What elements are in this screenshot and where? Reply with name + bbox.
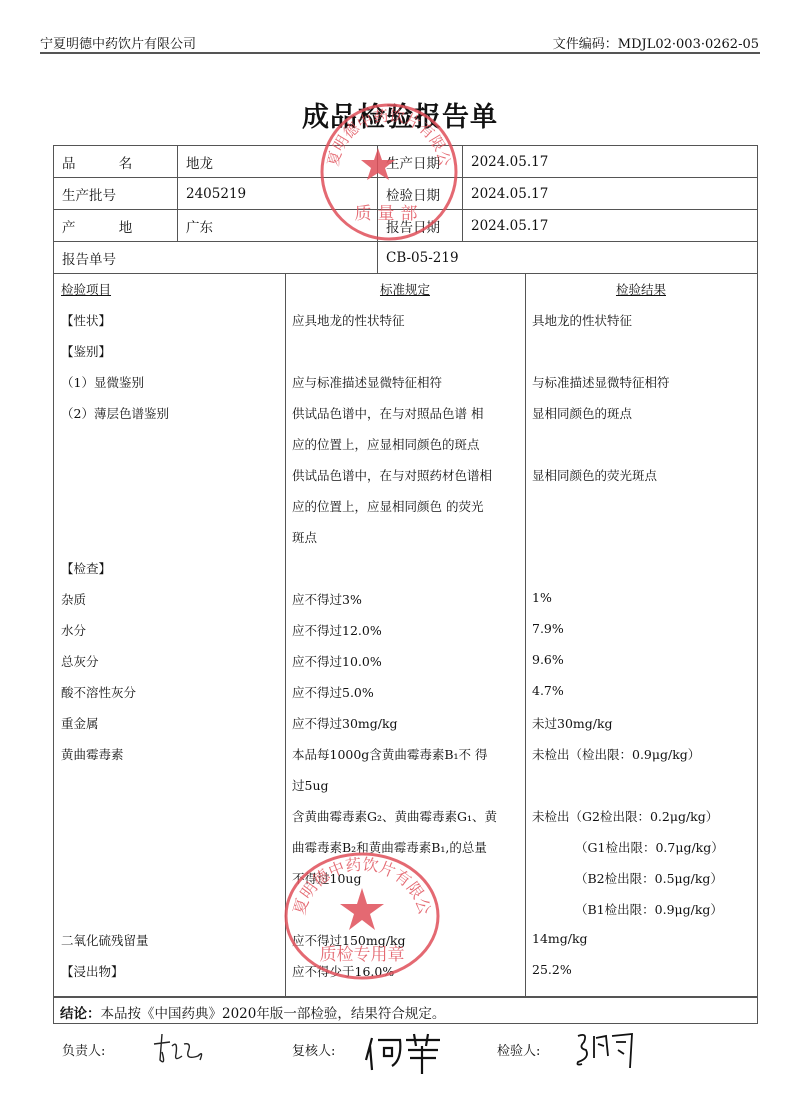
row-item: 总灰分 xyxy=(61,652,99,670)
table-row: 曲霉毒素B₂和黄曲霉毒素B₁,的总量（G1检出限：0.7μg/kg） xyxy=(54,831,757,862)
table-row: 总灰分应不得过10.0%9.6% xyxy=(54,645,757,676)
row-standard: 供试品色谱中，在与对照品色谱 相 xyxy=(292,404,483,422)
table-row: 应的位置上，应显相同颜色 的荧光 xyxy=(54,490,757,521)
row-result: 未过30mg/kg xyxy=(532,714,613,732)
header-rule xyxy=(40,52,760,54)
row-result: 显相同颜色的斑点 xyxy=(532,404,632,422)
label-origin-text: 产地 xyxy=(62,220,132,236)
header-item: 检验项目 xyxy=(61,280,111,298)
row-item: 【鉴别】 xyxy=(61,342,111,360)
row-item: 水分 xyxy=(61,621,86,639)
table-row: 重金属应不得过30mg/kg未过30mg/kg xyxy=(54,707,757,738)
conclusion-text: 本品按《中国药典》2020年版一部检验，结果符合规定。 xyxy=(101,1006,446,1022)
row-standard: 应不得过30mg/kg xyxy=(292,714,398,732)
row-standard: 应的位置上，应显相同颜色 的荧光 xyxy=(292,497,483,515)
reviewer-label: 复核人: xyxy=(292,1040,335,1059)
label-batch: 生产批号 xyxy=(54,178,178,210)
info-row-origin: 产地 广东 报告日期 2024.05.17 xyxy=(54,210,758,242)
reviewer-signature xyxy=(362,1030,442,1075)
responsible-signature xyxy=(148,1030,208,1070)
row-item: 【检查】 xyxy=(61,559,111,577)
row-standard: 曲霉毒素B₂和黄曲霉毒素B₁,的总量 xyxy=(292,838,487,856)
row-item: 二氧化硫残留量 xyxy=(61,931,149,949)
label-report-no: 报告单号 xyxy=(54,242,378,274)
row-result: 与标准描述显微特征相符 xyxy=(532,373,670,391)
row-result: 7.9% xyxy=(532,621,564,636)
row-result: 显相同颜色的荧光斑点 xyxy=(532,466,657,484)
table-header: 检验项目 标准规定 检验结果 xyxy=(54,273,757,304)
table-row: 不得过10ug（B2检出限：0.5μg/kg） xyxy=(54,862,757,893)
row-item: 黄曲霉毒素 xyxy=(61,745,124,763)
label-production-date: 生产日期 xyxy=(378,146,463,178)
table-row: 水分应不得过12.0%7.9% xyxy=(54,614,757,645)
value-inspection-date: 2024.05.17 xyxy=(463,178,758,210)
row-item: （1）显微鉴别 xyxy=(61,373,144,391)
responsible-label: 负责人: xyxy=(62,1040,105,1059)
row-standard: 应不得过3% xyxy=(292,590,362,608)
table-row: 【浸出物】应不得少于16.0%25.2% xyxy=(54,955,757,986)
row-result: 1% xyxy=(532,590,552,605)
row-standard: 应具地龙的性状特征 xyxy=(292,311,405,329)
table-row: （B1检出限：0.9μg/kg） xyxy=(54,893,757,924)
inspector-signature xyxy=(572,1028,642,1073)
info-table: 品名 地龙 生产日期 2024.05.17 生产批号 2405219 检验日期 … xyxy=(53,145,758,274)
value-production-date: 2024.05.17 xyxy=(463,146,758,178)
row-result: 4.7% xyxy=(532,683,564,698)
row-item: 重金属 xyxy=(61,714,99,732)
row-standard: 过5ug xyxy=(292,776,329,794)
value-product-name: 地龙 xyxy=(178,146,378,178)
value-report-date: 2024.05.17 xyxy=(463,210,758,242)
info-row-report-no: 报告单号 CB-05-219 xyxy=(54,242,758,274)
row-result: 未检出（G2检出限：0.2μg/kg） xyxy=(532,807,718,825)
table-row: 过5ug xyxy=(54,769,757,800)
table-row: 【检查】 xyxy=(54,552,757,583)
row-result: 未检出（检出限：0.9μg/kg） xyxy=(532,745,700,763)
row-result: 14mg/kg xyxy=(532,931,588,946)
table-row: 黄曲霉毒素本品每1000g含黄曲霉毒素B₁不 得未检出（检出限：0.9μg/kg… xyxy=(54,738,757,769)
info-row-batch: 生产批号 2405219 检验日期 2024.05.17 xyxy=(54,178,758,210)
value-report-no: CB-05-219 xyxy=(378,242,758,274)
row-standard: 应不得过150mg/kg xyxy=(292,931,406,949)
conclusion: 结论：本品按《中国药典》2020年版一部检验，结果符合规定。 xyxy=(53,997,758,1024)
page-title: 成品检验报告单 xyxy=(0,95,800,134)
row-standard: 应不得过12.0% xyxy=(292,621,382,639)
row-standard: 本品每1000g含黄曲霉毒素B₁不 得 xyxy=(292,745,487,763)
value-batch: 2405219 xyxy=(178,178,378,210)
row-standard: 斑点 xyxy=(292,528,317,546)
row-standard: 不得过10ug xyxy=(292,869,361,887)
table-row: （2）薄层色谱鉴别供试品色谱中，在与对照品色谱 相显相同颜色的斑点 xyxy=(54,397,757,428)
row-result: 25.2% xyxy=(532,962,572,977)
row-result: 具地龙的性状特征 xyxy=(532,311,632,329)
company-name: 宁夏明德中药饮片有限公司 xyxy=(40,33,196,52)
row-standard: 应的位置上，应显相同颜色的斑点 xyxy=(292,435,480,453)
table-row: 应的位置上，应显相同颜色的斑点 xyxy=(54,428,757,459)
row-standard: 含黄曲霉毒素G₂、黄曲霉毒素G₁、黄 xyxy=(292,807,497,825)
conclusion-label: 结论： xyxy=(60,1006,101,1022)
row-result: 9.6% xyxy=(532,652,564,667)
table-row: 【性状】应具地龙的性状特征具地龙的性状特征 xyxy=(54,304,757,335)
table-row: 二氧化硫残留量应不得过150mg/kg14mg/kg xyxy=(54,924,757,955)
row-result: （G1检出限：0.7μg/kg） xyxy=(575,838,724,856)
row-item: 【性状】 xyxy=(61,311,111,329)
row-standard: 供试品色谱中，在与对照药材色谱相 xyxy=(292,466,492,484)
table-row: 斑点 xyxy=(54,521,757,552)
row-item: 【浸出物】 xyxy=(61,962,124,980)
value-origin: 广东 xyxy=(178,210,378,242)
table-row: 含黄曲霉毒素G₂、黄曲霉毒素G₁、黄未检出（G2检出限：0.2μg/kg） xyxy=(54,800,757,831)
info-row-product: 品名 地龙 生产日期 2024.05.17 xyxy=(54,146,758,178)
table-row: 供试品色谱中，在与对照药材色谱相显相同颜色的荧光斑点 xyxy=(54,459,757,490)
header-standard: 标准规定 xyxy=(285,280,525,298)
row-standard: 应不得少于16.0% xyxy=(292,962,394,980)
row-standard: 应与标准描述显微特征相符 xyxy=(292,373,442,391)
row-result: （B1检出限：0.9μg/kg） xyxy=(575,900,723,918)
row-standard: 应不得过10.0% xyxy=(292,652,382,670)
label-origin: 产地 xyxy=(54,210,178,242)
table-row: （1）显微鉴别应与标准描述显微特征相符与标准描述显微特征相符 xyxy=(54,366,757,397)
label-report-date: 报告日期 xyxy=(378,210,463,242)
label-inspection-date: 检验日期 xyxy=(378,178,463,210)
file-code: 文件编码：MDJL02·003·0262-05 xyxy=(553,33,759,52)
row-item: 酸不溶性灰分 xyxy=(61,683,136,701)
label-product-name-text: 品名 xyxy=(62,156,132,172)
table-row: 杂质应不得过3%1% xyxy=(54,583,757,614)
label-product-name: 品名 xyxy=(54,146,178,178)
header-result: 检验结果 xyxy=(525,280,757,298)
row-item: 杂质 xyxy=(61,590,86,608)
row-item: （2）薄层色谱鉴别 xyxy=(61,404,169,422)
inspection-table: 检验项目 标准规定 检验结果 【性状】应具地龙的性状特征具地龙的性状特征【鉴别】… xyxy=(53,273,758,997)
row-standard: 应不得过5.0% xyxy=(292,683,374,701)
inspector-label: 检验人: xyxy=(497,1040,540,1059)
row-result: （B2检出限：0.5μg/kg） xyxy=(575,869,723,887)
table-row: 【鉴别】 xyxy=(54,335,757,366)
table-row: 酸不溶性灰分应不得过5.0%4.7% xyxy=(54,676,757,707)
